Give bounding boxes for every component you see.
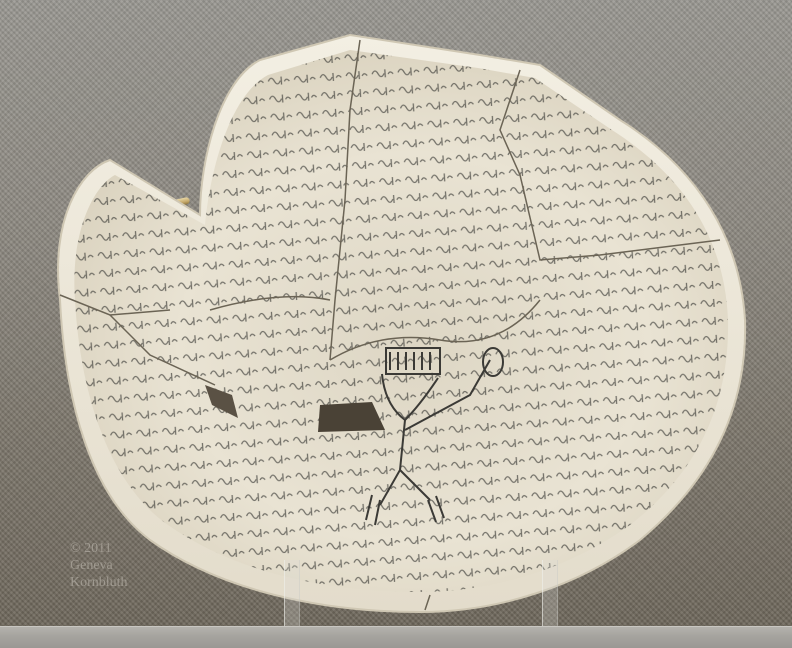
display-shelf-edge	[0, 626, 792, 648]
copyright-watermark: © 2011 Geneva Kornbluth	[70, 540, 128, 591]
acrylic-stand-left	[284, 560, 300, 628]
acrylic-stand-right	[542, 560, 558, 628]
watermark-first-name: Geneva	[70, 557, 128, 574]
watermark-year: © 2011	[70, 540, 128, 557]
watermark-last-name: Kornbluth	[70, 574, 128, 591]
